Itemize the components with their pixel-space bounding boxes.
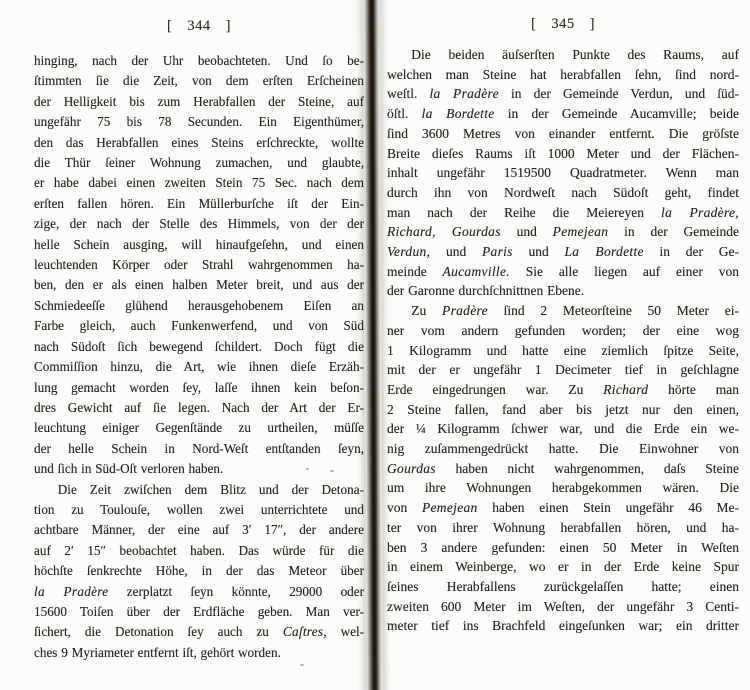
text-segment: zweiten 600 Meter im Weſten, der ungefäh…	[387, 599, 739, 614]
text-segment: der Helligkeit bis zum Herabfallen der S…	[34, 94, 364, 109]
text-line: Zu Pradère ſind 2 Meteorſteine 50 Meter …	[387, 301, 739, 321]
text-line: Erde eingedrungen war. Zu Richard hörte …	[387, 380, 739, 400]
text-segment-italic: Pradère	[442, 303, 488, 318]
text-line: erſten fallen hören. Ein Müllerburſche i…	[34, 194, 364, 214]
folio-number: 345	[551, 16, 574, 32]
text-line: 1 Kilogramm und hatte eine ziemlich ſpit…	[387, 341, 739, 361]
text-line: öſtl. la Bordette in der Gemeinde Aucamv…	[387, 104, 739, 124]
text-line: ſeines Herabfallens zurückgelaſſen hatte…	[387, 577, 739, 597]
text-segment-italic: Richard, Gourdas	[387, 224, 501, 239]
text-line: dres Gewicht auf ſie legen. Nach der Art…	[34, 398, 364, 418]
text-segment-italic: la Pradère	[34, 584, 108, 599]
text-line: meter tief ins Brachfeld eingeſunken war…	[387, 616, 739, 636]
text-segment: Erde eingedrungen war. Zu	[387, 382, 603, 397]
text-line: der ¼ Kilogramm ſchwer war, und die Erde…	[387, 419, 739, 439]
text-segment: ner vom andern gefunden worden; der eine…	[387, 323, 739, 338]
scan-speck	[330, 470, 334, 472]
text-segment: Breite dieſes Raums iſt 1000 Meter und d…	[387, 146, 739, 161]
text-segment-italic: La Bordette	[565, 244, 644, 259]
text-segment: haben nicht wahrgenommen, daſs Steine	[436, 461, 739, 476]
text-segment: 15600 Toiſen über der Erdfläche geben. M…	[34, 604, 364, 619]
text-segment: ſind 3600 Metres von einander entfernt. …	[387, 126, 739, 141]
text-segment: 2 Steine fallen, fand aber bis jetzt nur…	[387, 402, 739, 417]
text-line: lung gemacht worden ſey, laſſe ihnen kei…	[34, 378, 364, 398]
text-line: la Pradère zerplatzt ſeyn könnte, 29000 …	[34, 582, 364, 602]
text-segment: meter tief ins Brachfeld eingeſunken war…	[387, 618, 739, 633]
text-segment: den das Herabfallen eines Steins erſchre…	[34, 135, 364, 150]
text-segment: haben einen Stein ungefähr 46 Me-	[478, 500, 739, 515]
text-segment: der helle Schein in Nord-Weſt entſtanden…	[34, 441, 364, 456]
text-line: nig zuſammengedrückt hatte. Die Einwohne…	[387, 439, 739, 459]
page-344: [344] hinging, nach der Uhr beobachteten…	[34, 18, 364, 663]
text-segment: öſtl.	[387, 106, 422, 121]
text-segment: mit der er ungefähr 1 Decimeter tief in …	[387, 362, 739, 377]
text-segment-italic: Gourdas	[387, 461, 436, 476]
text-segment: in einem Weinberge, wo er in der Erde ke…	[387, 559, 739, 574]
text-line: welchen man Steine hat herabfallen ſehn,…	[387, 65, 739, 85]
text-segment: zerplatzt ſeyn könnte, 29000 oder	[108, 584, 364, 599]
text-segment: ben, den er als einen halben Meter breit…	[34, 277, 364, 292]
text-segment: lung gemacht worden ſey, laſſe ihnen kei…	[34, 380, 364, 395]
text-line: Breite dieſes Raums iſt 1000 Meter und d…	[387, 144, 739, 164]
text-segment: Zu	[411, 303, 442, 318]
text-line: ſtimmten ſie die Zeit, von dem erſten Er…	[34, 71, 364, 91]
text-line: 15600 Toiſen über der Erdfläche geben. M…	[34, 602, 364, 622]
text-line: von Pemejean haben einen Stein ungefähr …	[387, 498, 739, 518]
text-segment: in der Ge-	[644, 244, 739, 259]
text-segment: Commiſſion hinzu, die Art, wie ihnen die…	[34, 359, 364, 374]
text-segment: und	[513, 244, 565, 259]
text-segment: ben 3 andere gefunden: einen 50 Meter in…	[387, 540, 739, 555]
text-segment: leuchtenden Körper oder Strahl wahrgenom…	[34, 257, 364, 272]
text-line: man nach der Reihe die Meiereyen la Prad…	[387, 203, 739, 223]
text-line: leuchtenden Körper oder Strahl wahrgenom…	[34, 255, 364, 275]
text-segment: , wel-	[323, 624, 364, 639]
text-segment: welchen man Steine hat herabfallen ſehn,…	[387, 67, 739, 82]
text-line: Die Zeit zwiſchen dem Blitz und der Deto…	[34, 480, 364, 500]
text-line: nach Südoſt ſich bewegend ſchildert. Doc…	[34, 337, 364, 357]
text-line: ſichert, die Detonation ſey auch zu Caſt…	[34, 622, 364, 642]
text-segment: weſtl.	[387, 86, 430, 101]
text-line: der Helligkeit bis zum Herabfallen der S…	[34, 92, 364, 112]
text-segment: in der Gemeinde Verdun, und ſüd-	[499, 86, 739, 101]
text-segment-italic: Paris	[482, 244, 513, 259]
text-line: durch ihn von Nordweſt nach Südoſt geht,…	[387, 183, 739, 203]
page-345: [345] Die beiden äuſserſten Punkte des R…	[387, 16, 739, 636]
folio-number: 344	[187, 18, 210, 34]
text-line: der Garonne durchſchnittnen Ebene.	[387, 281, 739, 301]
text-segment: helle Schein ausging, will hinaufgeſehn,…	[34, 237, 364, 252]
text-line: meinde Aucamville. Sie alle liegen auf e…	[387, 262, 739, 282]
text-segment: Farbe gleich, auch Funkenwerfend, und vo…	[34, 318, 364, 333]
text-segment: man nach der Reihe die Meiereyen	[387, 205, 661, 220]
text-segment-italic: la Pradère,	[661, 205, 739, 220]
text-line: ungefähr 75 bis 78 Secunden. Ein Eigenth…	[34, 112, 364, 132]
gutter-shadow	[363, 0, 382, 690]
text-segment: tion zu Toulouſe, wollen zwei unterricht…	[34, 502, 364, 517]
text-segment: ſtimmten ſie die Zeit, von dem erſten Er…	[34, 73, 364, 88]
text-segment-italic: la Bordette	[422, 106, 495, 121]
text-segment-italic: Pemejean	[553, 224, 609, 239]
text-segment: und	[501, 224, 553, 239]
text-segment: auf 2′ 15″ beobachtet haben. Das würde f…	[34, 543, 364, 558]
text-segment: und ſich in Süd-Oſt verloren haben.	[34, 461, 223, 476]
folio-bracket-open: [	[167, 18, 172, 34]
text-segment: ſind 2 Meteorſteine 50 Meter ei-	[488, 303, 739, 318]
text-line: die Thür ſeiner Wohnung zumachen, und gl…	[34, 153, 364, 173]
text-segment: durch ihn von Nordweſt nach Südoſt geht,…	[387, 185, 739, 200]
text-line: ches 9 Myriameter entfernt iſt, gehört w…	[34, 643, 364, 663]
text-segment: Sie alle liegen auf einer von	[510, 264, 739, 279]
text-line: Schmiedeeſſe glühend herausgehobenem Eiſ…	[34, 296, 364, 316]
text-segment: nig zuſammengedrückt hatte. Die Einwohne…	[387, 441, 739, 456]
text-segment: ter von ihrer Wohnung herabfallen hören,…	[387, 520, 739, 535]
text-segment: um ihre Wohnungen herabgekommen wären. D…	[387, 480, 739, 495]
text-segment: und	[430, 244, 482, 259]
text-line: den das Herabfallen eines Steins erſchre…	[34, 133, 364, 153]
text-line: Farbe gleich, auch Funkenwerfend, und vo…	[34, 316, 364, 336]
folio-bracket-close: ]	[226, 18, 231, 34]
text-segment: 1 Kilogramm und hatte eine ziemlich ſpit…	[387, 343, 739, 358]
text-line: achtbare Männer, der eine auf 3′ 17″, de…	[34, 520, 364, 540]
text-segment: inhalt ungefähr 1519500 Quadratmeter. We…	[387, 165, 739, 180]
text-line: 2 Steine fallen, fand aber bis jetzt nur…	[387, 400, 739, 420]
text-segment: Schmiedeeſſe glühend herausgehobenem Eiſ…	[34, 298, 364, 313]
scan-speck	[306, 468, 309, 470]
text-line: hinging, nach der Uhr beobachteten. Und …	[34, 51, 364, 71]
text-segment: erſten fallen hören. Ein Müllerburſche i…	[34, 196, 364, 211]
folio-bracket-open: [	[531, 16, 536, 32]
text-segment: Die Zeit zwiſchen dem Blitz und der Deto…	[58, 482, 364, 497]
text-line: Die beiden äuſserſten Punkte des Raums, …	[387, 45, 739, 65]
page-345-text: Die beiden äuſserſten Punkte des Raums, …	[387, 45, 739, 636]
text-line: er habe dabei einen zweiten Stein 75 Sec…	[34, 173, 364, 193]
text-segment: leuchtung einiger Gegenſtände zu urtheil…	[34, 420, 364, 435]
text-segment-italic: Caſtres	[283, 624, 323, 639]
text-line: auf 2′ 15″ beobachtet haben. Das würde f…	[34, 541, 364, 561]
text-line: Verdun, und Paris und La Bordette in der…	[387, 242, 739, 262]
text-line: in einem Weinberge, wo er in der Erde ke…	[387, 557, 739, 577]
text-segment: meinde	[387, 264, 443, 279]
text-segment: zige, der nach der Stelle des Himmels, v…	[34, 216, 364, 231]
text-segment: die Thür ſeiner Wohnung zumachen, und gl…	[34, 155, 364, 170]
text-line: inhalt ungefähr 1519500 Quadratmeter. We…	[387, 163, 739, 183]
text-segment: ches 9 Myriameter entfernt iſt, gehört w…	[34, 645, 281, 660]
text-segment-italic: Pemejean	[422, 500, 478, 515]
text-line: ben 3 andere gefunden: einen 50 Meter in…	[387, 538, 739, 558]
text-segment: ſeines Herabfallens zurückgelaſſen hatte…	[387, 579, 739, 594]
text-segment: hörte man	[648, 382, 739, 397]
scan-speck	[737, 560, 740, 563]
text-line: höchſte ſenkrechte Höhe, in der das Mete…	[34, 561, 364, 581]
text-line: helle Schein ausging, will hinaufgeſehn,…	[34, 235, 364, 255]
text-segment: der Garonne durchſchnittnen Ebene.	[387, 283, 584, 298]
text-line: ter von ihrer Wohnung herabfallen hören,…	[387, 518, 739, 538]
text-line: Gourdas haben nicht wahrgenommen, daſs S…	[387, 459, 739, 479]
text-line: um ihre Wohnungen herabgekommen wären. D…	[387, 478, 739, 498]
text-segment-italic: Verdun,	[387, 244, 430, 259]
page-number-345: [345]	[387, 16, 739, 33]
text-segment: der ¼ Kilogramm ſchwer war, und die Erde…	[387, 421, 739, 436]
text-line: ſind 3600 Metres von einander entfernt. …	[387, 124, 739, 144]
text-segment: in der Gemeinde Aucamville; beide	[495, 106, 739, 121]
text-line: der helle Schein in Nord-Weſt entſtanden…	[34, 439, 364, 459]
text-segment-italic: Aucamville.	[443, 264, 510, 279]
text-line: mit der er ungefähr 1 Decimeter tief in …	[387, 360, 739, 380]
text-segment: nach Südoſt ſich bewegend ſchildert. Doc…	[34, 339, 364, 354]
text-segment: Die beiden äuſserſten Punkte des Raums, …	[411, 47, 739, 62]
text-line: weſtl. la Pradère in der Gemeinde Verdun…	[387, 84, 739, 104]
text-line: tion zu Toulouſe, wollen zwei unterricht…	[34, 500, 364, 520]
text-segment: dres Gewicht auf ſie legen. Nach der Art…	[34, 400, 364, 415]
text-segment-italic: la Pradère	[430, 86, 499, 101]
text-line: Commiſſion hinzu, die Art, wie ihnen die…	[34, 357, 364, 377]
text-line: zweiten 600 Meter im Weſten, der ungefäh…	[387, 597, 739, 617]
text-segment: höchſte ſenkrechte Höhe, in der das Mete…	[34, 563, 364, 578]
text-segment: ſichert, die Detonation ſey auch zu	[34, 624, 283, 639]
text-segment: hinging, nach der Uhr beobachteten. Und …	[34, 53, 364, 68]
page-344-text: hinging, nach der Uhr beobachteten. Und …	[34, 51, 364, 663]
text-line: ner vom andern gefunden worden; der eine…	[387, 321, 739, 341]
text-line: Richard, Gourdas und Pemejean in der Gem…	[387, 222, 739, 242]
text-segment: achtbare Männer, der eine auf 3′ 17″, de…	[34, 522, 364, 537]
text-line: und ſich in Süd-Oſt verloren haben.	[34, 459, 364, 479]
text-segment-italic: Richard	[603, 382, 648, 397]
book-scan: [344] hinging, nach der Uhr beobachteten…	[0, 0, 750, 690]
text-segment: in der Gemeinde	[608, 224, 739, 239]
text-segment: er habe dabei einen zweiten Stein 75 Sec…	[34, 175, 364, 190]
text-segment: von	[387, 500, 422, 515]
text-segment: ungefähr 75 bis 78 Secunden. Ein Eigenth…	[34, 114, 364, 129]
text-line: zige, der nach der Stelle des Himmels, v…	[34, 214, 364, 234]
page-number-344: [344]	[34, 18, 364, 35]
scan-speck	[300, 664, 304, 666]
text-line: leuchtung einiger Gegenſtände zu urtheil…	[34, 418, 364, 438]
text-line: ben, den er als einen halben Meter breit…	[34, 275, 364, 295]
folio-bracket-close: ]	[590, 16, 595, 32]
